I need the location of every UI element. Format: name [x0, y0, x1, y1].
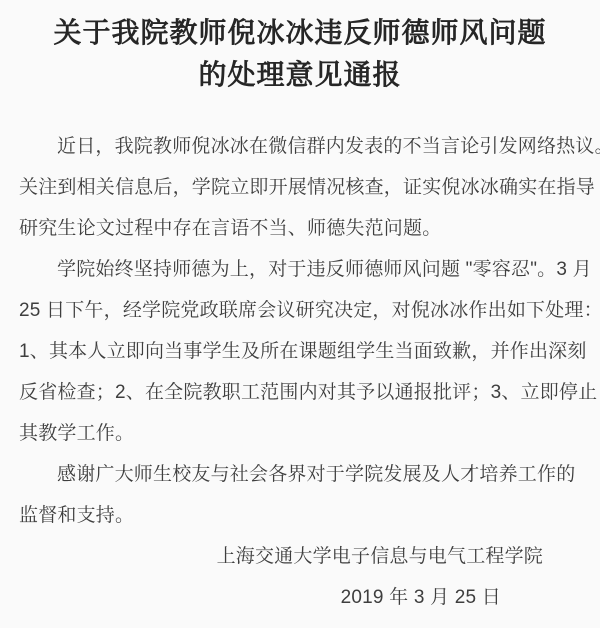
date: 2019 年 3 月 25 日 — [19, 577, 581, 618]
body-line: 关注到相关信息后，学院立即开展情况核查，证实倪冰冰确实在指导 — [19, 167, 581, 208]
body-line: 学院始终坚持师德为上，对于违反师德师风问题 "零容忍"。3 月 — [19, 249, 581, 290]
notice-body: 近日，我院教师倪冰冰在微信群内发表的不当言论引发网络热议。 关注到相关信息后，学… — [0, 126, 600, 618]
notice-title: 关于我院教师倪冰冰违反师德师风问题 的处理意见通报 — [0, 0, 600, 96]
body-line: 其教学工作。 — [19, 413, 581, 454]
body-line: 近日，我院教师倪冰冰在微信群内发表的不当言论引发网络热议。 — [19, 126, 581, 167]
signature: 上海交通大学电子信息与电气工程学院 — [19, 536, 581, 577]
body-line: 感谢广大师生校友与社会各界对于学院发展及人才培养工作的 — [19, 454, 581, 495]
notice-document: 关于我院教师倪冰冰违反师德师风问题 的处理意见通报 近日，我院教师倪冰冰在微信群… — [0, 0, 600, 628]
body-line: 监督和支持。 — [19, 495, 581, 536]
body-line: 研究生论文过程中存在言语不当、师德失范问题。 — [19, 208, 581, 249]
body-line: 25 日下午，经学院党政联席会议研究决定，对倪冰冰作出如下处理： — [19, 290, 581, 331]
body-line: 反省检查；2、在全院教职工范围内对其予以通报批评；3、立即停止 — [19, 372, 581, 413]
notice-title-line1: 关于我院教师倪冰冰违反师德师风问题 — [0, 12, 600, 54]
body-line: 1、其本人立即向当事学生及所在课题组学生当面致歉，并作出深刻 — [19, 331, 581, 372]
notice-title-line2: 的处理意见通报 — [0, 54, 600, 96]
